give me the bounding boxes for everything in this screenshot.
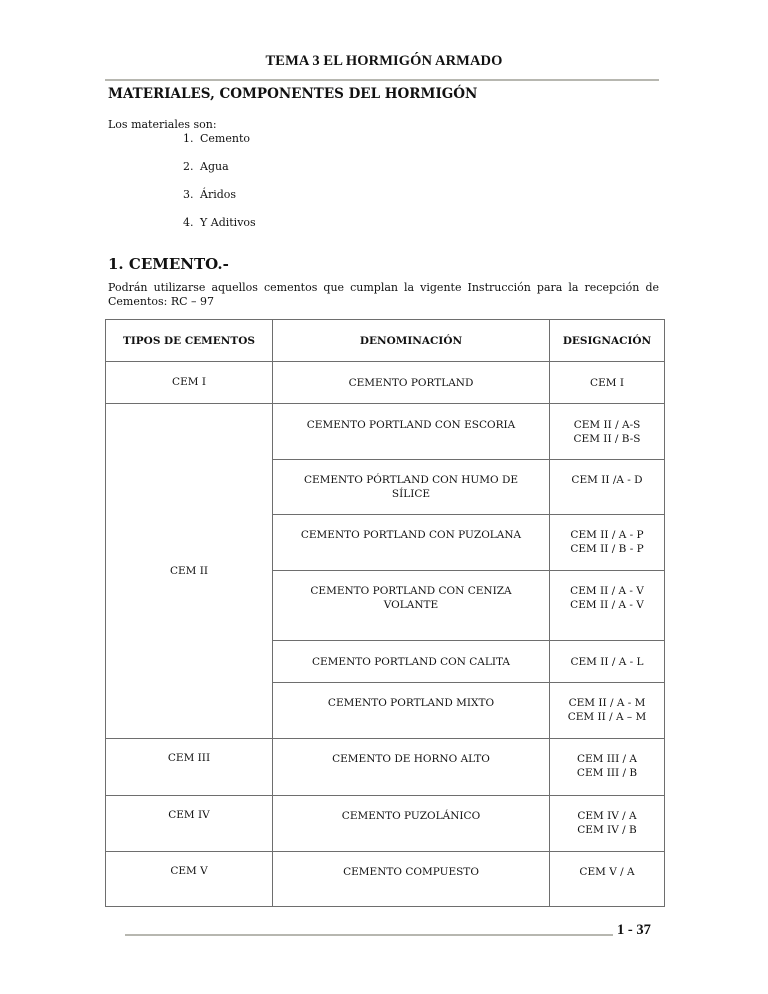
cell-designacion: CEM II /A - D (550, 460, 665, 515)
cement-types-table: TIPOS DE CEMENTOS DENOMINACIÓN DESIGNACI… (105, 319, 665, 907)
header-tipos: TIPOS DE CEMENTOS (106, 320, 273, 362)
list-item: 3.Áridos (183, 188, 236, 201)
list-item-label: Áridos (200, 188, 236, 201)
list-item-number: 1. (183, 132, 200, 145)
section-title: MATERIALES, COMPONENTES DEL HORMIGÓN (108, 86, 477, 102)
intro-text: Los materiales son: (108, 118, 217, 131)
cell-tipo: CEM IV (106, 796, 273, 852)
cell-denominacion: CEMENTO PORTLAND CON CENIZAVOLANTE (273, 571, 550, 641)
cell-designacion: CEM V / A (550, 852, 665, 907)
table-row: CEM VCEMENTO COMPUESTOCEM V / A (106, 852, 665, 907)
cemento-paragraph: Podrán utilizarse aquellos cementos que … (108, 281, 659, 309)
header-denominacion: DENOMINACIÓN (273, 320, 550, 362)
table-row: CEM ICEMENTO PORTLANDCEM I (106, 362, 665, 404)
table-header-row: TIPOS DE CEMENTOS DENOMINACIÓN DESIGNACI… (106, 320, 665, 362)
header-designacion: DESIGNACIÓN (550, 320, 665, 362)
cell-denominacion: CEMENTO PORTLAND (273, 362, 550, 404)
cell-tipo: CEM I (106, 362, 273, 404)
cell-denominacion: CEMENTO PÓRTLAND CON HUMO DESÍLICE (273, 460, 550, 515)
list-item-number: 2. (183, 160, 200, 173)
list-item: 4.Y Aditivos (183, 216, 256, 229)
cell-designacion: CEM IV / ACEM IV / B (550, 796, 665, 852)
cell-designacion: CEM I (550, 362, 665, 404)
cell-tipo: CEM III (106, 739, 273, 796)
list-item-label: Cemento (200, 132, 250, 145)
cell-denominacion: CEMENTO COMPUESTO (273, 852, 550, 907)
header-rule (105, 79, 659, 81)
cell-denominacion: CEMENTO PORTLAND MIXTO (273, 683, 550, 739)
page-header-title: TEMA 3 EL HORMIGÓN ARMADO (0, 53, 768, 70)
table-row: CEM IVCEMENTO PUZOLÁNICOCEM IV / ACEM IV… (106, 796, 665, 852)
list-item: 2.Agua (183, 160, 229, 173)
cell-denominacion: CEMENTO PORTLAND CON CALITA (273, 641, 550, 683)
table-row: CEM IIICEMENTO DE HORNO ALTOCEM III / AC… (106, 739, 665, 796)
cell-designacion: CEM II / A-SCEM II / B-S (550, 404, 665, 460)
page-number: 1 - 37 (617, 922, 651, 939)
cell-denominacion: CEMENTO DE HORNO ALTO (273, 739, 550, 796)
list-item: 1.Cemento (183, 132, 250, 145)
cell-denominacion: CEMENTO PORTLAND CON ESCORIA (273, 404, 550, 460)
list-item-number: 3. (183, 188, 200, 201)
cell-tipo: CEM II (106, 404, 273, 739)
table-row: CEM IICEMENTO PORTLAND CON ESCORIACEM II… (106, 404, 665, 460)
cell-designacion: CEM II / A - L (550, 641, 665, 683)
cell-denominacion: CEMENTO PUZOLÁNICO (273, 796, 550, 852)
cell-designacion: CEM III / ACEM III / B (550, 739, 665, 796)
cell-designacion: CEM II / A - MCEM II / A – M (550, 683, 665, 739)
list-item-label: Agua (200, 160, 229, 173)
cell-denominacion: CEMENTO PORTLAND CON PUZOLANA (273, 515, 550, 571)
list-item-number: 4. (183, 216, 200, 229)
cell-designacion: CEM II / A - PCEM II / B - P (550, 515, 665, 571)
list-item-label: Y Aditivos (200, 216, 256, 229)
cell-designacion: CEM II / A - VCEM II / A - V (550, 571, 665, 641)
cemento-heading: 1. CEMENTO.- (108, 255, 229, 273)
footer-rule (125, 934, 613, 936)
cell-tipo: CEM V (106, 852, 273, 907)
